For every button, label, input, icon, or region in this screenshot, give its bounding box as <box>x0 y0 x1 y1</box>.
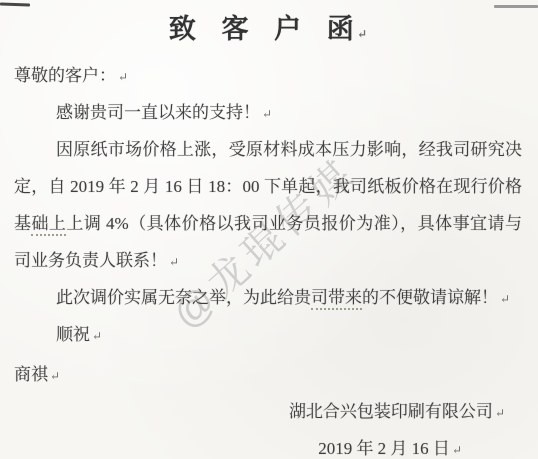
company-signature-line: 湖北合兴包装印刷有限公司↵ <box>14 393 522 430</box>
regards-text: 商祺 <box>14 365 48 384</box>
paragraph-mark: ↵ <box>50 369 60 383</box>
wish-text: 顺祝 <box>56 325 90 344</box>
greeting-line: 尊敬的客户：↵ <box>14 57 522 94</box>
body-line-3-pre: 基 <box>14 214 31 233</box>
scanned-letter-page: @龙琨传媒 致客户函↵ 尊敬的客户：↵ 感谢贵司一直以来的支持！↵ 因原纸市场价… <box>0 0 538 459</box>
wish-line: 顺祝↵ <box>14 316 522 353</box>
regards-line: 商祺↵ <box>14 356 522 393</box>
body-line-3: 基础上上调 4%（具体价格以我司业务员报价为准），具体事宜请与我 <box>14 205 522 242</box>
letter-title: 致客户函 <box>169 14 380 44</box>
letter-title-row: 致客户函↵ <box>14 12 522 47</box>
body-line-2: 定，自 2019 年 2 月 16 日 18：00 下单起，我司纸板价格在现行价… <box>14 168 522 205</box>
letter-body: 致客户函↵ 尊敬的客户：↵ 感谢贵司一直以来的支持！↵ 因原纸市场价格上涨，受原… <box>0 12 538 459</box>
apology-pre: 此次调价实属无奈之举，为此给贵 <box>56 288 311 307</box>
greeting-text: 尊敬的客户： <box>14 66 116 85</box>
apology-post: 的不便敬请谅解！ <box>362 288 498 307</box>
paragraph-mark: ↵ <box>169 255 179 269</box>
grammar-underline: 司带来 <box>311 288 362 310</box>
body-line-1: 因原纸市场价格上涨，受原材料成本压力影响，经我司研究决 <box>14 131 522 168</box>
body-line-3-post: 上调 4%（具体价格以我司业务员报价为准），具体事宜请与我 <box>14 214 522 242</box>
paragraph-mark: ↵ <box>357 27 367 41</box>
date-signature-text: 2019 年 2 月 16 日 <box>318 439 450 458</box>
body-line-4-text: 司业务负责人联系！ <box>14 251 167 270</box>
thanks-line: 感谢贵司一直以来的支持！↵ <box>14 94 522 131</box>
scan-artifact-top-left <box>0 2 30 6</box>
scan-artifact-top-right <box>494 5 538 8</box>
paragraph-mark: ↵ <box>92 329 102 343</box>
paragraph-mark: ↵ <box>262 107 272 121</box>
company-signature-text: 湖北合兴包装印刷有限公司 <box>289 402 493 421</box>
thanks-text: 感谢贵司一直以来的支持！ <box>56 103 260 122</box>
paragraph-mark: ↵ <box>452 443 462 457</box>
apology-line: 此次调价实属无奈之举，为此给贵司带来的不便敬请谅解！↵ <box>14 279 522 316</box>
date-signature-line: 2019 年 2 月 16 日↵ <box>14 430 522 459</box>
body-line-4: 司业务负责人联系！↵ <box>14 242 522 279</box>
paragraph-mark: ↵ <box>500 292 510 306</box>
paragraph-mark: ↵ <box>495 406 505 420</box>
body-line-2-text: 定，自 2019 年 2 月 16 日 18：00 下单起，我司纸板价格在现行价… <box>14 177 522 196</box>
body-line-1-text: 因原纸市场价格上涨，受原材料成本压力影响，经我司研究决 <box>56 140 522 159</box>
grammar-underline: 础上 <box>31 214 66 236</box>
paragraph-mark: ↵ <box>118 70 128 84</box>
